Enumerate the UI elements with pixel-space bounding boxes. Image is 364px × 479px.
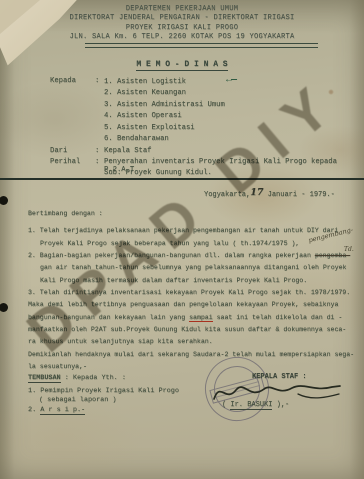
tembusan-label: TEMBUSAN — [28, 374, 61, 383]
kepada-item: 4. Asisten Operasi — [104, 111, 225, 122]
arsip-text: A r s i p.- — [40, 406, 85, 415]
paragraph-line: ra khusus untuk selanjutnya siap kita se… — [28, 336, 364, 348]
kepada-list: 1. Asisten Logistik 2. Asisten Keuangan … — [104, 77, 225, 146]
tembusan-block: TEMBUSAN : Kepada Yth. : 1. Pemimpin Pro… — [28, 374, 179, 415]
date-city: Yogyakarta, — [204, 191, 250, 199]
dari-label: Dari — [50, 147, 67, 155]
tembusan-item: 2. A r s i p.- — [28, 406, 179, 415]
signature — [206, 375, 344, 407]
point-3-line: 3. Telah dirintisnya inventarisasi kekay… — [28, 287, 364, 299]
letterhead-line: PROYEK IRIGASI KALI PROGO — [0, 24, 364, 33]
memo-body: Bertimbang dengan : 1. Telah terjadinya … — [28, 208, 364, 373]
dari-colon: : — [95, 147, 99, 155]
date-rest: Januari - 1979.- — [263, 191, 334, 199]
page-title: M E M O - D I N A S — [136, 60, 227, 71]
arsip-number: 2. — [28, 406, 40, 414]
paragraph-line: Maka demi lebih tertibnya penguasaan dan… — [28, 299, 364, 311]
kepada-item: 1. Asisten Logistik — [104, 77, 225, 88]
closing-line: Demikianlah hendaknya mulai dari sekaran… — [28, 349, 364, 361]
closing-line: la sesuatunya,- — [28, 361, 364, 373]
kepada-item: 6. Bendaharawan — [104, 134, 225, 145]
tembusan-heading: : Kepada Yth. : — [65, 374, 126, 382]
tembusan-item: 1. Pemimpin Proyek Irigasi Kali Progo — [28, 387, 179, 396]
memo-document: DEPARTEMEN PEKERJAAN UMUM DIREKTORAT JEN… — [0, 0, 364, 479]
kepada-label: Kepada — [50, 77, 76, 85]
kepada-item: 2. Asisten Keuangan — [104, 88, 225, 99]
paragraph-text: saat ini telah dikelola dan di - — [213, 314, 343, 321]
tembusan-item: ( sebagai laporan ) — [28, 396, 179, 405]
point-2-text: 2. Bagian-bagian pekerjaan/bangunan-bang… — [28, 252, 315, 259]
tembusan-heading-row: TEMBUSAN : Kepada Yth. : — [28, 374, 179, 383]
paragraph-text: bangunan-bangunan dan kekayaan lain yang — [28, 314, 189, 321]
punch-hole — [0, 303, 8, 312]
paragraph-line: bangunan-bangunan dan kekayaan lain yang… — [28, 312, 364, 324]
handwritten-day: 17 — [250, 187, 263, 198]
horizontal-rule — [0, 178, 364, 180]
perihal-value-2: Sub. Proyek Gunung Kidul. — [104, 169, 212, 177]
point-2-line: gan air tanah tahun-tahun sebelumnya yan… — [28, 262, 364, 274]
perihal-colon: : — [95, 158, 99, 166]
point-2-line: 2. Bagian-bagian pekerjaan/bangunan-bang… — [28, 250, 364, 262]
dateline: Yogyakarta,17 Januari - 1979.- — [204, 188, 335, 199]
arrow-left-icon: ←— — [226, 75, 236, 86]
title-row: M E M O - D I N A S — [0, 53, 364, 71]
kepada-colon: : — [95, 77, 99, 85]
opening-line: Bertimbang dengan : — [28, 208, 364, 220]
red-marked-word: sampai — [189, 314, 213, 322]
handwritten-initial: Td. — [344, 246, 354, 253]
kepada-item: 5. Asisten Exploitasi — [104, 123, 225, 134]
letterhead-divider — [85, 43, 318, 48]
punch-hole — [0, 196, 8, 205]
perihal-label: Perihal — [50, 158, 80, 166]
paragraph-line: manfaatkan oleh P2AT sub.Proyek Gunung K… — [28, 324, 364, 336]
dari-value: Kepala Staf — [104, 147, 151, 155]
letterhead-line: JLN. SALA Km. 6 TELP. 2260 KOTAK POS 19 … — [0, 33, 364, 42]
kepada-item: 3. Asisten Administrasi Umum — [104, 100, 225, 111]
struck-word: pengemba- — [315, 252, 350, 259]
point-2-line: Kali Progo masih termasuk dalam daftar i… — [28, 275, 364, 287]
